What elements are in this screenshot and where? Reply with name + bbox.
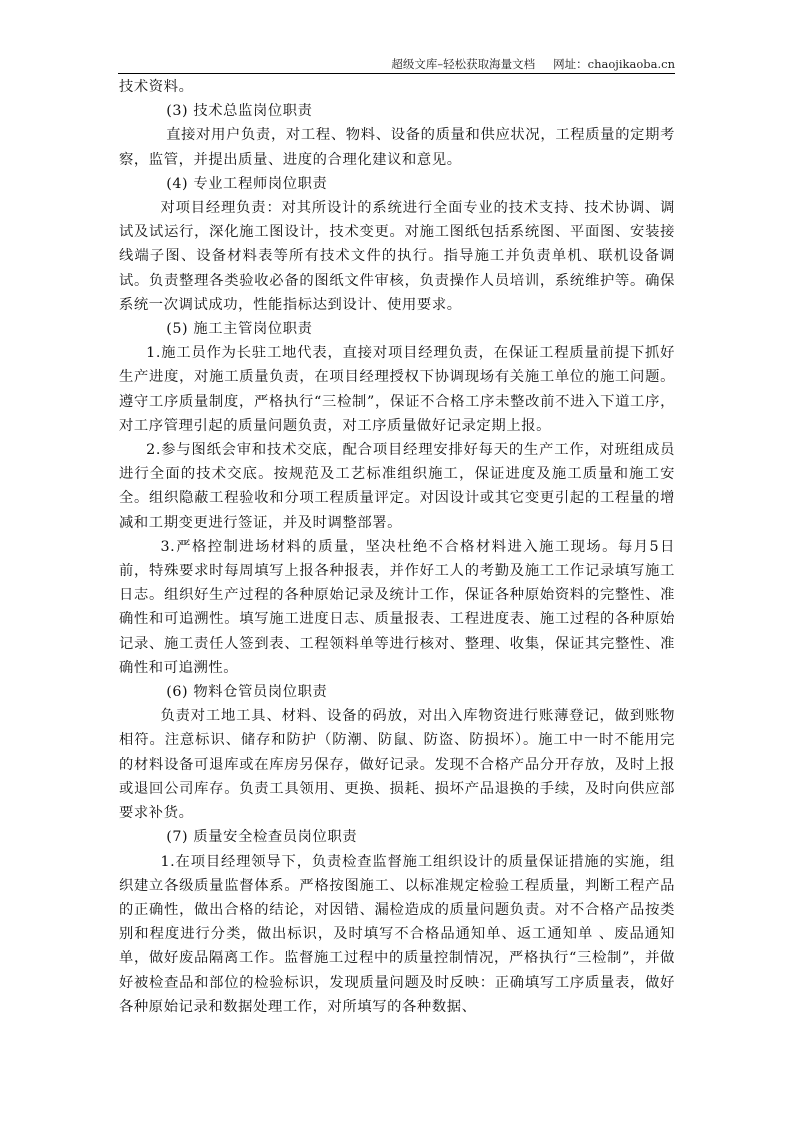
document-body: 技术资料。 (3) 技术总监岗位职责 直接对用户负责，对工程、物料、设备的质量和… xyxy=(119,75,675,1019)
site-url: 网址：chaojikaoba.cn xyxy=(553,57,675,71)
page-header: 超级文库–轻松获取海量文档网址：chaojikaoba.cn xyxy=(118,56,675,74)
paragraph-supervisor-item-2: 2.参与图纸会审和技术交底，配合项目经理安排好每天的生产工作，对班组成员进行全面… xyxy=(119,438,675,535)
paragraph-professional-engineer: 对项目经理负责：对其所设计的系统进行全面专业的技术支持、技术协调、调试及试运行，… xyxy=(119,196,675,317)
section-heading-warehouse-keeper: (6) 物料仓管员岗位职责 xyxy=(119,680,675,704)
section-heading-quality-safety-inspector: (7) 质量安全检查员岗位职责 xyxy=(119,825,675,849)
section-heading-professional-engineer: (4) 专业工程师岗位职责 xyxy=(119,172,675,196)
paragraph-continuation: 技术资料。 xyxy=(119,75,675,99)
paragraph-warehouse-keeper: 负责对工地工具、材料、设备的码放，对出入库物资进行账薄登记，做到账物相符。注意标… xyxy=(119,704,675,825)
section-heading-construction-supervisor: (5) 施工主管岗位职责 xyxy=(119,317,675,341)
site-name: 超级文库–轻松获取海量文档 xyxy=(391,57,535,71)
paragraph-supervisor-item-1: 1.施工员作为长驻工地代表，直接对项目经理负责，在保证工程质量前提下抓好生产进度… xyxy=(119,341,675,438)
paragraph-inspector-item-1: 1.在项目经理领导下，负责检查监督施工组织设计的质量保证措施的实施，组织建立各级… xyxy=(119,850,675,1019)
paragraph-supervisor-item-3: 3.严格控制进场材料的质量，坚决杜绝不合格材料进入施工现场。每月5日前，特殊要求… xyxy=(119,535,675,680)
paragraph-technical-director: 直接对用户负责，对工程、物料、设备的质量和供应状况，工程质量的定期考察，监管，并… xyxy=(119,123,675,171)
section-heading-technical-director: (3) 技术总监岗位职责 xyxy=(119,99,675,123)
